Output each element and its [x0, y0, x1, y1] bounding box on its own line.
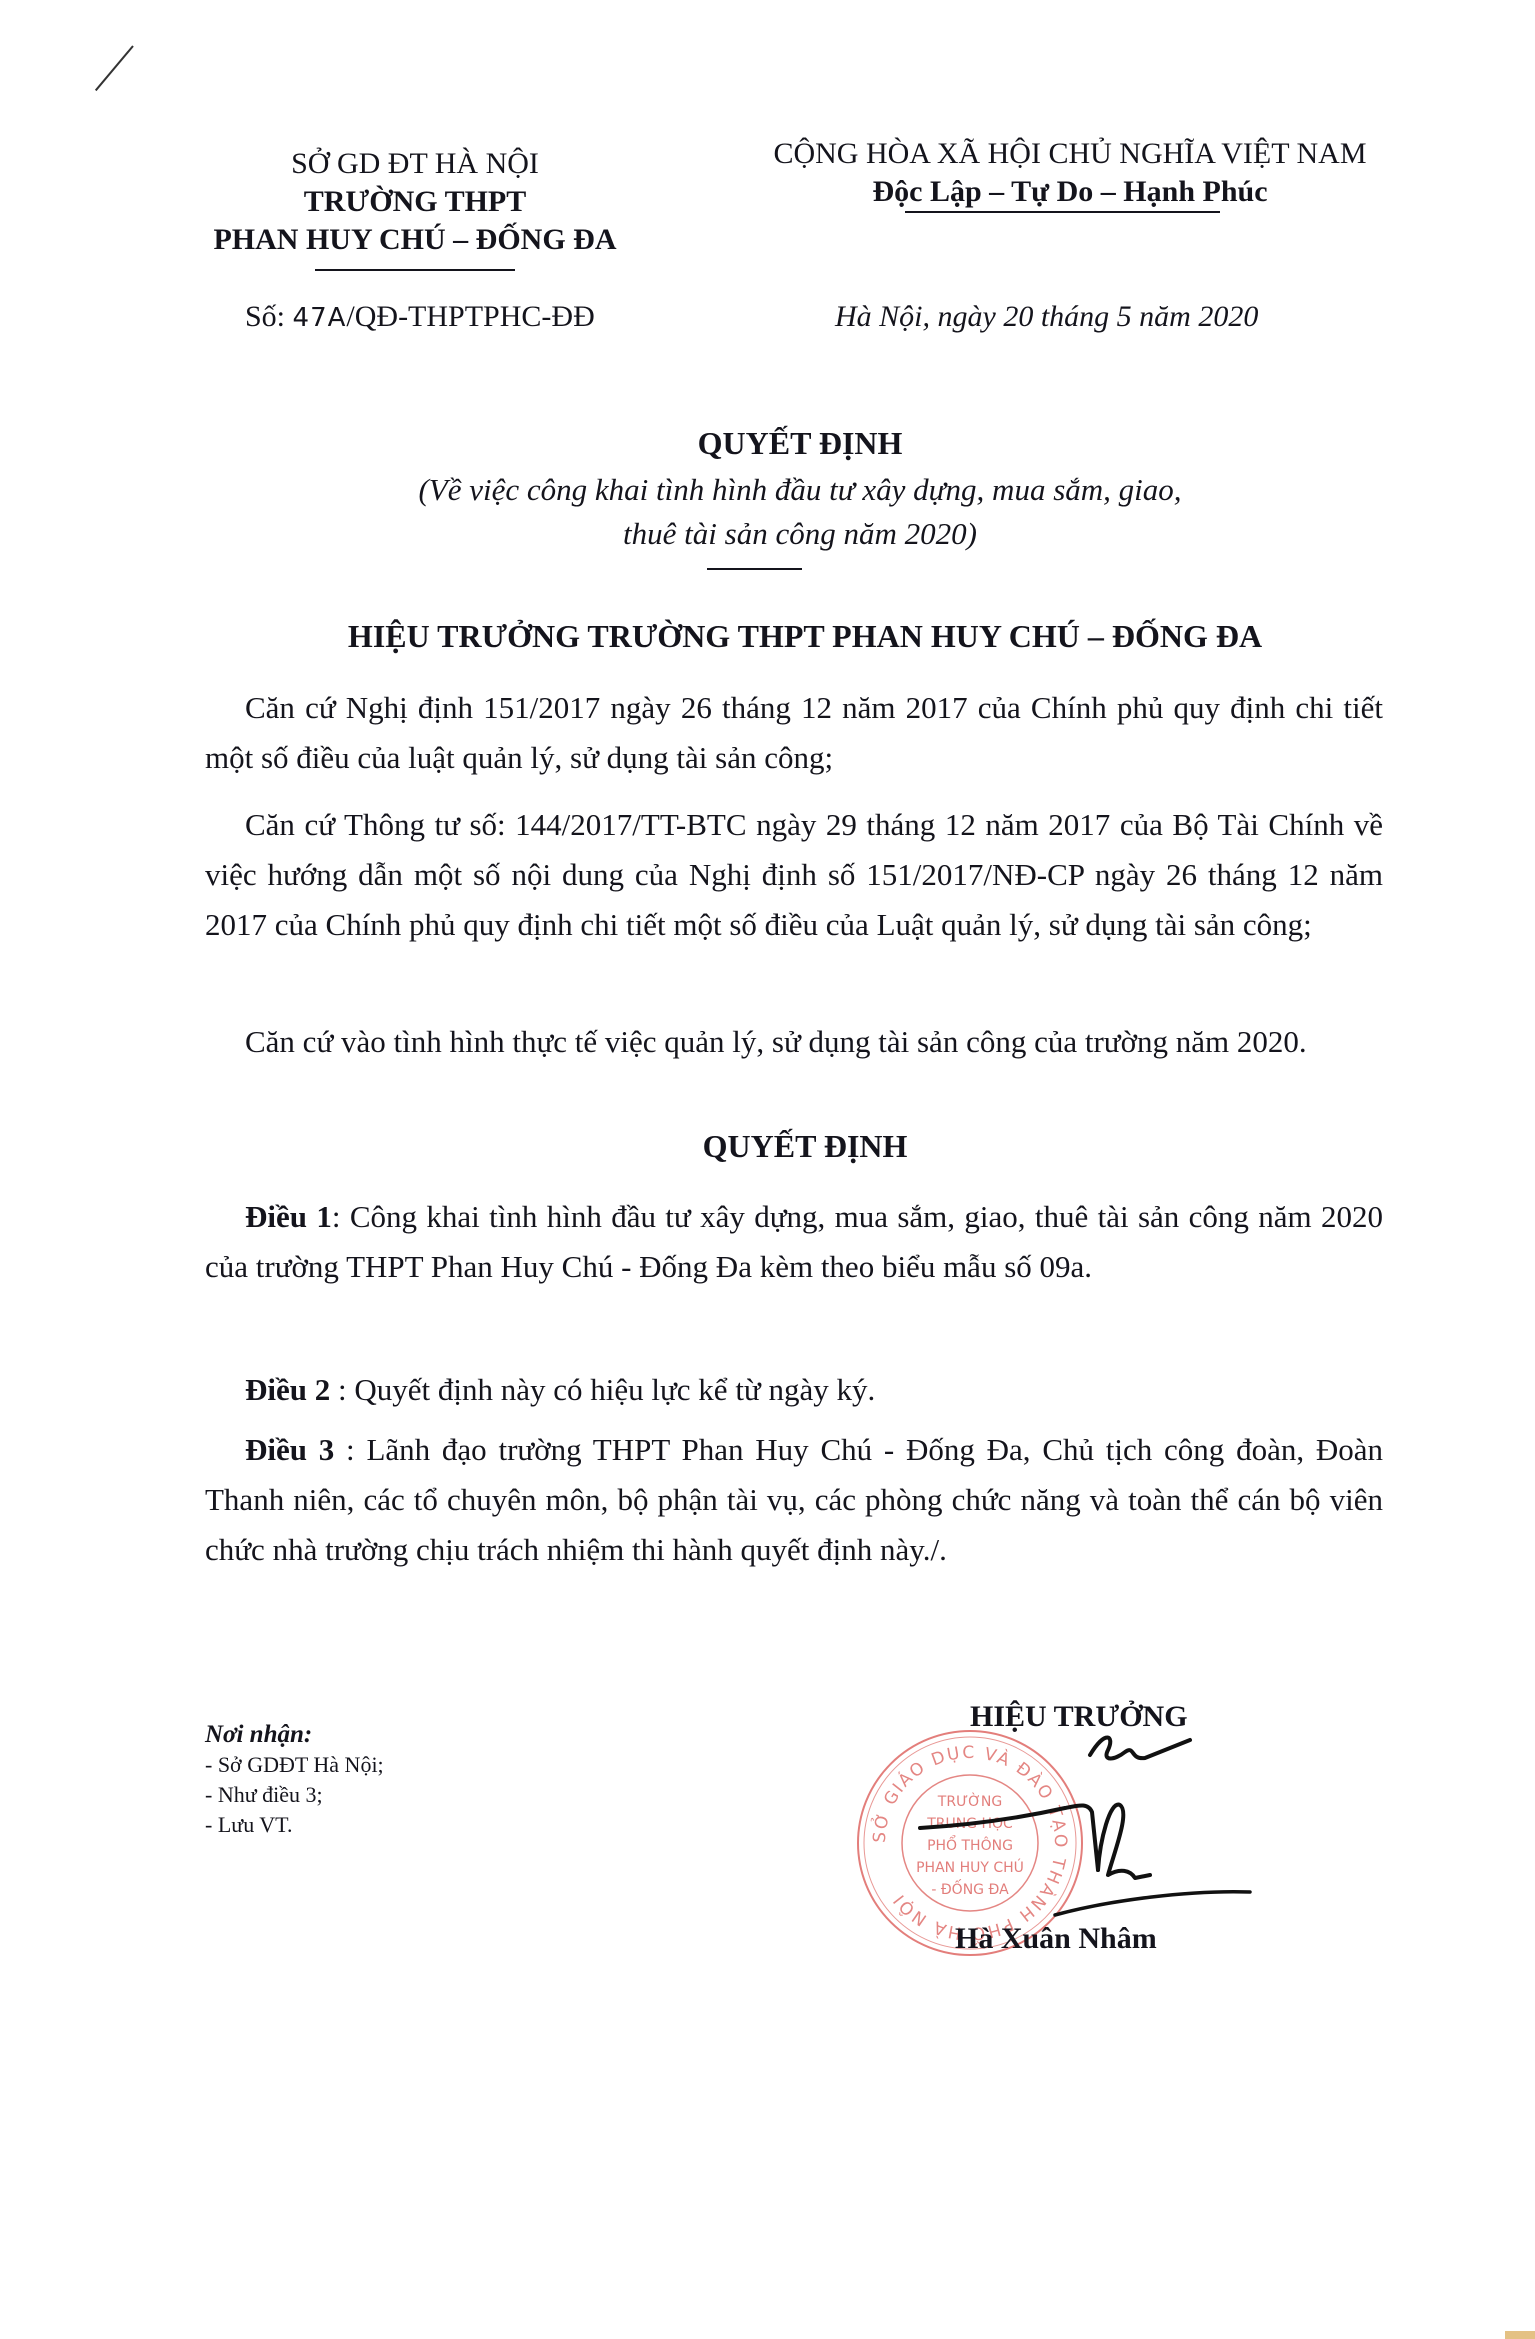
article-2: Điều 2 : Quyết định này có hiệu lực kể t…	[205, 1365, 1383, 1415]
preamble-text-1: Căn cứ Nghị định 151/2017 ngày 26 tháng …	[205, 683, 1383, 783]
article-label: Điều 2	[245, 1372, 330, 1407]
recipient-item: - Lưu VT.	[205, 1810, 384, 1840]
number-suffix: /QĐ-THPTPHC-ĐĐ	[346, 300, 594, 333]
recipient-item: - Như điều 3;	[205, 1780, 384, 1810]
school-name-line1: TRƯỜNG THPT	[190, 183, 640, 221]
recipients-block: Nơi nhận: - Sở GDĐT Hà Nội; - Như điều 3…	[205, 1720, 384, 1840]
article-1: Điều 1: Công khai tình hình đầu tư xây d…	[205, 1192, 1383, 1292]
signatory-title: HIỆU TRƯỞNG	[970, 1700, 1188, 1734]
article-label: Điều 1	[245, 1199, 332, 1234]
article-label: Điều 3	[245, 1432, 334, 1467]
preamble-paragraph: Căn cứ Thông tư số: 144/2017/TT-BTC ngày…	[205, 800, 1383, 950]
header-left-rule	[315, 269, 515, 271]
document-title: QUYẾT ĐỊNH	[250, 425, 1350, 462]
page-corner-mark	[1505, 2331, 1535, 2339]
title-rule	[472, 568, 924, 570]
article-3: Điều 3 : Lãnh đạo trường THPT Phan Huy C…	[205, 1425, 1383, 1575]
preamble-text-3: Căn cứ vào tình hình thực tế việc quản l…	[205, 1017, 1383, 1067]
place-date: Hà Nội, ngày 20 tháng 5 năm 2020	[835, 300, 1258, 334]
national-header: CỘNG HÒA XÃ HỘI CHỦ NGHĨA VIỆT NAM Độc L…	[740, 135, 1400, 213]
pen-mark	[95, 45, 134, 91]
subtitle-line-1: (Về việc công khai tình hình đầu tư xây …	[250, 468, 1350, 512]
subtitle-line-2: thuê tài sản công năm 2020)	[250, 512, 1350, 556]
issuing-authority: SỞ GD ĐT HÀ NỘI TRƯỜNG THPT PHAN HUY CHÚ…	[190, 145, 640, 271]
decision-heading: QUYẾT ĐỊNH	[190, 1128, 1420, 1165]
national-motto: Độc Lập – Tự Do – Hạnh Phúc	[740, 173, 1400, 211]
preamble-paragraph: Căn cứ vào tình hình thực tế việc quản l…	[205, 1017, 1383, 1067]
handwritten-number: 47A	[293, 303, 347, 333]
school-name-line2: PHAN HUY CHÚ – ĐỐNG ĐA	[190, 221, 640, 259]
signatory-name: Hà Xuân Nhâm	[955, 1922, 1157, 1956]
motto-rule	[905, 211, 1220, 213]
preamble-paragraph: Căn cứ Nghị định 151/2017 ngày 26 tháng …	[205, 683, 1383, 783]
authority-heading: HIỆU TRƯỞNG TRƯỜNG THPT PHAN HUY CHÚ – Đ…	[190, 618, 1420, 655]
article-separator: :	[334, 1432, 366, 1467]
recipients-title: Nơi nhận:	[205, 1720, 384, 1750]
preamble-text-2: Căn cứ Thông tư số: 144/2017/TT-BTC ngày…	[205, 800, 1383, 950]
recipient-item: - Sở GDĐT Hà Nội;	[205, 1750, 384, 1780]
number-prefix: Số:	[245, 300, 285, 333]
document-subtitle: (Về việc công khai tình hình đầu tư xây …	[250, 468, 1350, 556]
article-text: Công khai tình hình đầu tư xây dựng, mua…	[205, 1199, 1383, 1284]
document-number: Số: 47A/QĐ-THPTPHC-ĐĐ	[245, 300, 595, 334]
article-separator: :	[332, 1199, 350, 1234]
article-separator: :	[330, 1372, 354, 1407]
nation-name: CỘNG HÒA XÃ HỘI CHỦ NGHĨA VIỆT NAM	[740, 135, 1400, 173]
article-text: Lãnh đạo trường THPT Phan Huy Chú - Đống…	[205, 1432, 1383, 1567]
article-text: Quyết định này có hiệu lực kể từ ngày ký…	[354, 1372, 875, 1407]
department-name: SỞ GD ĐT HÀ NỘI	[190, 145, 640, 183]
